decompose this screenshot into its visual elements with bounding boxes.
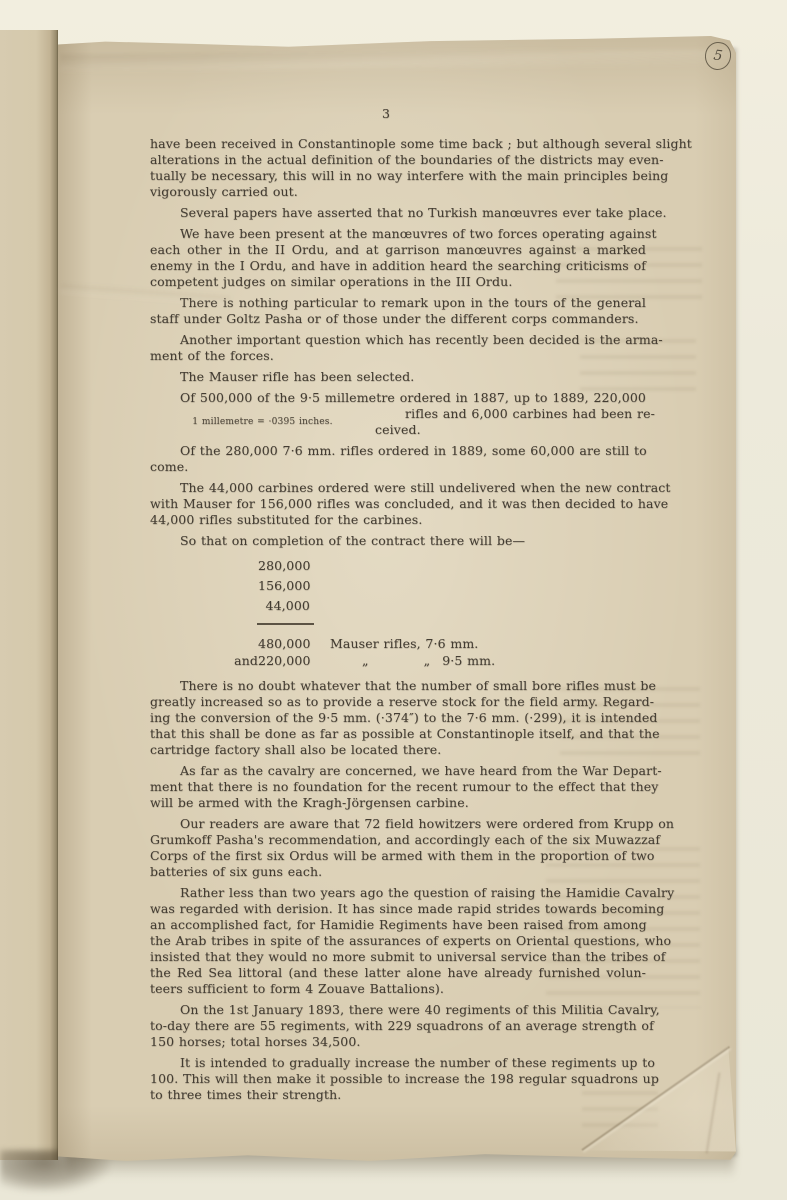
page-number: 3 xyxy=(138,106,634,122)
sum-value: 156,000 xyxy=(258,576,310,596)
sum-addend: 156,000 xyxy=(150,576,646,596)
sum-result-description: „„9·5 mm. xyxy=(310,653,495,668)
text-line: to-day there are 55 regiments, with 229 … xyxy=(150,1018,646,1034)
sum-result-text: 9·5 mm. xyxy=(442,653,495,668)
text-line: tually be necessary, this will in no way… xyxy=(150,168,646,184)
text-line: 100. This will then make it possible to … xyxy=(150,1071,646,1087)
text-line: to three times their strength. xyxy=(150,1087,646,1103)
paragraph: On the 1st January 1893, there were 40 r… xyxy=(150,1002,646,1050)
text-line: vigorously carried out. xyxy=(150,184,646,200)
sum-result-text: Mauser rifles, 7·6 mm. xyxy=(330,636,478,651)
note-row: 1 millemetre = ·0395 inches.rifles and 6… xyxy=(150,406,646,438)
sum-value: 44,000 xyxy=(258,596,310,616)
wrapped-lines: rifles and 6,000 carbines had been re-ce… xyxy=(375,406,646,438)
sum-rule xyxy=(257,623,314,625)
sum-addend: 44,000 xyxy=(150,596,646,616)
text-line: Of 500,000 of the 9·5 millemetre ordered… xyxy=(150,390,646,406)
sum-result-value: 220,000 xyxy=(258,652,310,669)
text-line: come. xyxy=(150,459,646,475)
paragraph: Of the 280,000 7·6 mm. rifles ordered in… xyxy=(150,443,646,475)
ink-bleed-through xyxy=(556,238,702,304)
paragraph: So that on completion of the contract th… xyxy=(150,533,646,549)
text-line: Of the 280,000 7·6 mm. rifles ordered in… xyxy=(150,443,646,459)
text-line: have been received in Constantinople som… xyxy=(150,136,646,152)
text-line: It is intended to gradually increase the… xyxy=(150,1055,646,1071)
paragraph: The Mauser rifle has been selected. xyxy=(150,369,646,385)
paragraph: The 44,000 carbines ordered were still u… xyxy=(150,480,646,528)
text-line: alterations in the actual definition of … xyxy=(150,152,646,168)
text-line: ment of the forces. xyxy=(150,348,646,364)
text-line: Several papers have asserted that no Tur… xyxy=(150,205,646,221)
sum-result-description: Mauser rifles, 7·6 mm. xyxy=(310,636,478,651)
text-line: So that on completion of the contract th… xyxy=(150,533,646,549)
text-line: ceived. xyxy=(375,422,646,438)
marginal-note: 1 millemetre = ·0395 inches. xyxy=(150,417,375,428)
underlying-page-edge xyxy=(0,30,58,1160)
sum-table: 280,000156,00044,000480,000Mauser rifles… xyxy=(150,556,646,669)
text-line: ment that there is no foundation for the… xyxy=(150,779,646,795)
paragraph: Another important question which has rec… xyxy=(150,332,646,364)
scanned-document-page: 3 have been received in Constantinople s… xyxy=(0,0,787,1200)
paragraph: Several papers have asserted that no Tur… xyxy=(150,205,646,221)
paragraph: It is intended to gradually increase the… xyxy=(150,1055,646,1103)
text-line: The 44,000 carbines ordered were still u… xyxy=(150,480,646,496)
sum-result-value: 480,000 xyxy=(258,635,310,652)
ink-bleed-through xyxy=(580,330,696,394)
sum-addend: 280,000 xyxy=(150,556,646,576)
text-line: staff under Goltz Pasha or of those unde… xyxy=(150,311,646,327)
text-line: The Mauser rifle has been selected. xyxy=(150,369,646,385)
text-line: will be armed with the Kragh-Jörgensen c… xyxy=(150,795,646,811)
paragraph: As far as the cavalry are concerned, we … xyxy=(150,763,646,811)
sum-result: and220,000„„9·5 mm. xyxy=(150,652,646,669)
ink-bleed-through xyxy=(546,838,700,1008)
text-line: Another important question which has rec… xyxy=(150,332,646,348)
text-line: 150 horses; total horses 34,500. xyxy=(150,1034,646,1050)
ditto-mark: „ xyxy=(362,653,369,668)
text-line: As far as the cavalry are concerned, we … xyxy=(150,763,646,779)
ink-bleed-through xyxy=(560,678,700,762)
text-line: rifles and 6,000 carbines had been re- xyxy=(375,406,646,422)
text-line: Our readers are aware that 72 field howi… xyxy=(150,816,646,832)
text-line: 44,000 rifles substituted for the carbin… xyxy=(150,512,646,528)
sum-result: 480,000Mauser rifles, 7·6 mm. xyxy=(150,635,646,652)
text-line: with Mauser for 156,000 rifles was concl… xyxy=(150,496,646,512)
sum-value: 280,000 xyxy=(258,556,310,576)
paragraph: have been received in Constantinople som… xyxy=(150,136,646,200)
paragraph-with-marginal-note: Of 500,000 of the 9·5 millemetre ordered… xyxy=(150,390,646,438)
ditto-mark: „ xyxy=(424,653,431,668)
sum-result-prefix: and xyxy=(150,652,258,669)
